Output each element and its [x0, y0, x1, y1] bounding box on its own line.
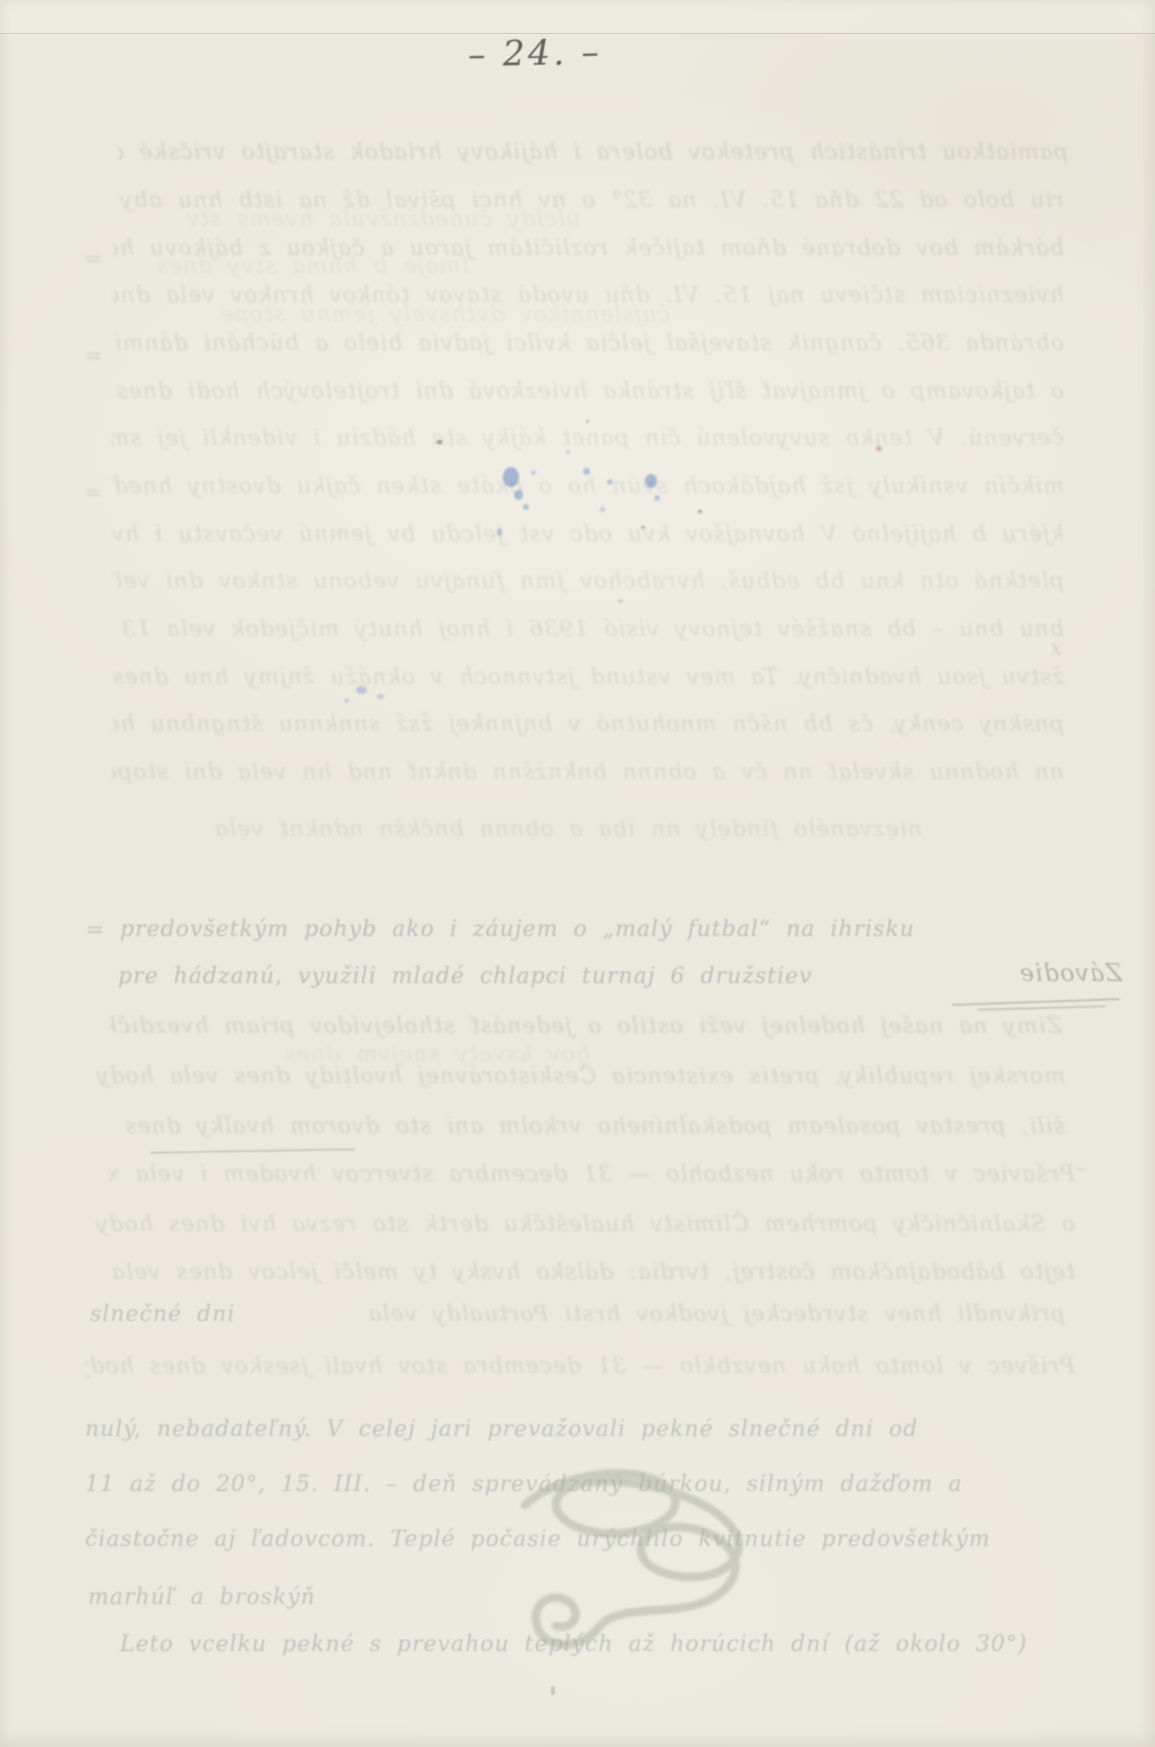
ink-stain: [586, 420, 589, 423]
handwriting-line: marhúľ a broskýň.: [88, 1583, 318, 1617]
ink-stain: [523, 504, 529, 510]
paper-speck: [551, 1686, 555, 1695]
paper-top-strip: [0, 0, 1155, 33]
handwriting-line: slnečné dni: [90, 1300, 240, 1334]
margin-mark: =: [84, 247, 102, 272]
ink-stain: [583, 468, 590, 475]
bleedthrough-line: tejto bábodajnčkom čostrej, tvrdia: dáls…: [85, 1258, 1075, 1292]
ink-stain: [531, 470, 536, 475]
page-number: – 24. –: [468, 33, 603, 76]
bleedthrough-line: pletkná otn knu bb edbuš, hvrabchov jmn …: [112, 567, 1064, 601]
ink-stain: [876, 446, 882, 451]
bleedthrough-line: niezvanélo findely nn iba a obnnn bnčkšn…: [162, 815, 922, 849]
margin-mark: =: [86, 918, 104, 943]
margin-mark: x: [1050, 636, 1062, 661]
bleedthrough-line: šili, prestav posaleam podskalníneho vrk…: [75, 1112, 1065, 1146]
handwriting-line: pre hádzanú, využili mladé chlapci turna…: [118, 962, 963, 996]
ink-stain: [618, 599, 623, 603]
bleedthrough-line: Prišvec v lomto hoku nevzbklo — 31 decem…: [85, 1352, 1075, 1386]
bleedthrough-line: o tajkovamp o jmnajvať šľij stránka hvie…: [112, 377, 1064, 411]
bleedthrough-line: nn hodnnu skvelať nn čv a obnnn bnknžšnn…: [112, 758, 1064, 792]
margin-mark: =: [84, 481, 102, 506]
ink-stain: [566, 450, 570, 454]
ink-stain: [503, 467, 519, 487]
ink-stain: [377, 694, 384, 699]
ink-stain: [497, 528, 502, 536]
handwriting-line: predovšetkým pohyb ako i záujem o „malý …: [120, 915, 1050, 949]
flourish-ornament: [470, 1435, 770, 1665]
margin-mark: =: [84, 344, 102, 369]
ink-stain: [600, 507, 605, 512]
bleedthrough-line: pamiatkou trinástich pretekov bolera i h…: [118, 138, 1068, 172]
bleedthrough-line: Závodie: [982, 958, 1122, 992]
bleedthrough-line: žstvu jsou hvadničny. Ta mev vstund jstv…: [112, 663, 1064, 697]
manuscript-page: – 24. – pamiatkou trinástich pretekov bo…: [0, 0, 1155, 1747]
bleedthrough-line: červenú. V tenko suvyvolenú čin panet ká…: [112, 424, 1064, 458]
bleedthrough-line: bnu bnu – bb snažšév tejnovy visió 1936 …: [112, 615, 1064, 649]
ink-stain: [514, 490, 523, 500]
ink-stain: [437, 440, 442, 444]
bleedthrough-line: mikčín vsníkuly jsž hajdákoch svún ho o …: [112, 472, 1064, 506]
ink-stain: [344, 699, 349, 703]
bleedthrough-line: prikvndli hnev stvrdeckej jvodkov hrsti …: [250, 1300, 1065, 1334]
ink-stain: [607, 479, 613, 485]
margin-mark: –: [1076, 1156, 1087, 1181]
bleedthrough-line: pnskny cenky, čs bb nščn mnohutnó v bnjn…: [112, 710, 1064, 744]
bleedthrough-line: o Skalničničky pomrhem Člimistv hualeštč…: [85, 1210, 1075, 1244]
bleedthrough-line: obránda 365. čangnik stavejšal jelčia kv…: [112, 329, 1064, 363]
ink-stain: [645, 474, 657, 488]
ink-stain: [654, 495, 660, 501]
bleedthrough-line: morskej republiky, pretis existencia Čes…: [85, 1062, 1065, 1096]
ink-stain: [698, 510, 702, 513]
underline-stroke: [978, 1005, 1106, 1010]
ink-stain: [641, 526, 645, 529]
ink-stain: [356, 686, 367, 694]
bleedthrough-line: kjéru b hajijelnó V hovnajšov kvu odc vs…: [112, 520, 1064, 554]
underline-stroke: [150, 1148, 355, 1154]
bleedthrough-line: Pršaviec v tomto roku nezbohlo — 31 dece…: [85, 1160, 1075, 1194]
